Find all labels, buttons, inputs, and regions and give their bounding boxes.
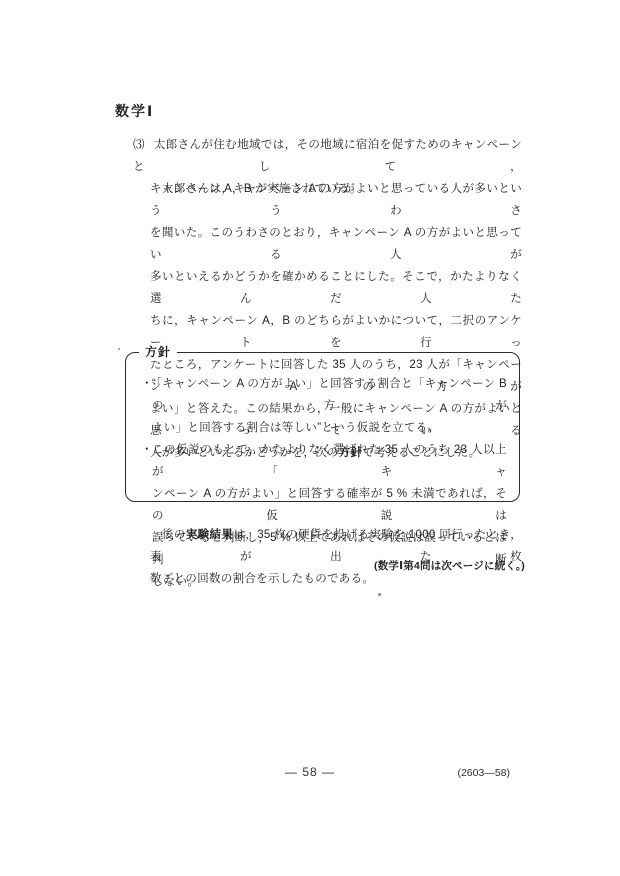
exam-page: { "page": { "title": "数学Ⅰ", "continue_no… bbox=[0, 0, 620, 876]
closing-line-1-pre: 後の bbox=[150, 529, 186, 541]
scan-speck bbox=[378, 593, 381, 596]
page-title: 数学Ⅰ bbox=[115, 101, 154, 121]
policy-box: 方針 ・ “「キャンペーン A の方がよい」と回答する割合と「キャンペーン B … bbox=[125, 352, 520, 502]
bullet-1-line-2: よい」と回答する割合は等しい”という仮説を立てる。 bbox=[152, 417, 507, 439]
bullet-2-line-1: この仮説のもとで，かたよりなく選ばれた 35 人のうち 23 人以上が「キャ bbox=[152, 439, 507, 483]
bullet-marker: ・ bbox=[141, 373, 153, 395]
intro-line-1: ⑶太郎さんが住む地域では，その地域に宿泊を促すためのキャンペーンとして， bbox=[133, 134, 522, 178]
body-line-2: を聞いた。このうわさのとおり，キャンペーン A の方がよいと思っている人が bbox=[150, 222, 522, 266]
policy-bullet-1: ・ “「キャンペーン A の方がよい」と回答する割合と「キャンペーン B の方が… bbox=[142, 373, 507, 439]
question-number: ⑶ bbox=[133, 134, 145, 156]
scan-speck bbox=[118, 348, 120, 350]
page-code: (2603—58) bbox=[457, 767, 510, 779]
bullet-2-line-2: ンペーン A の方がよい」と回答する確率が 5 % 未満であれば，その仮説は bbox=[152, 483, 507, 527]
body-line-4: ちに，キャンペーン A，B のどちらがよいかについて，二択のアンケートを行っ bbox=[150, 310, 522, 354]
policy-box-label: 方針 bbox=[139, 344, 177, 361]
closing-line-1-emphasis: 実験結果 bbox=[186, 529, 234, 541]
continue-note: (数学Ⅰ第4問は次ページに続く。) bbox=[150, 558, 525, 573]
intro-line-1-text: 太郎さんが住む地域では，その地域に宿泊を促すためのキャンペーンとして， bbox=[133, 139, 522, 173]
bullet-1-line-1: “「キャンペーン A の方がよい」と回答する割合と「キャンペーン B の方が bbox=[152, 373, 507, 417]
body-line-3: 多いといえるかどうかを確かめることにした。そこで，かたよりなく選んだ人た bbox=[150, 266, 522, 310]
body-line-1: 太郎さんは，キャンペーン A の方がよいと思っている人が多いといううわさ bbox=[150, 178, 522, 222]
page-number: — 58 — bbox=[0, 765, 620, 779]
closing-paragraph: 後の実験結果は，35 枚の硬貨を投げる実験を 1000 回行ったとき，表が出た枚… bbox=[150, 524, 522, 590]
bullet-marker: ・ bbox=[141, 439, 153, 461]
